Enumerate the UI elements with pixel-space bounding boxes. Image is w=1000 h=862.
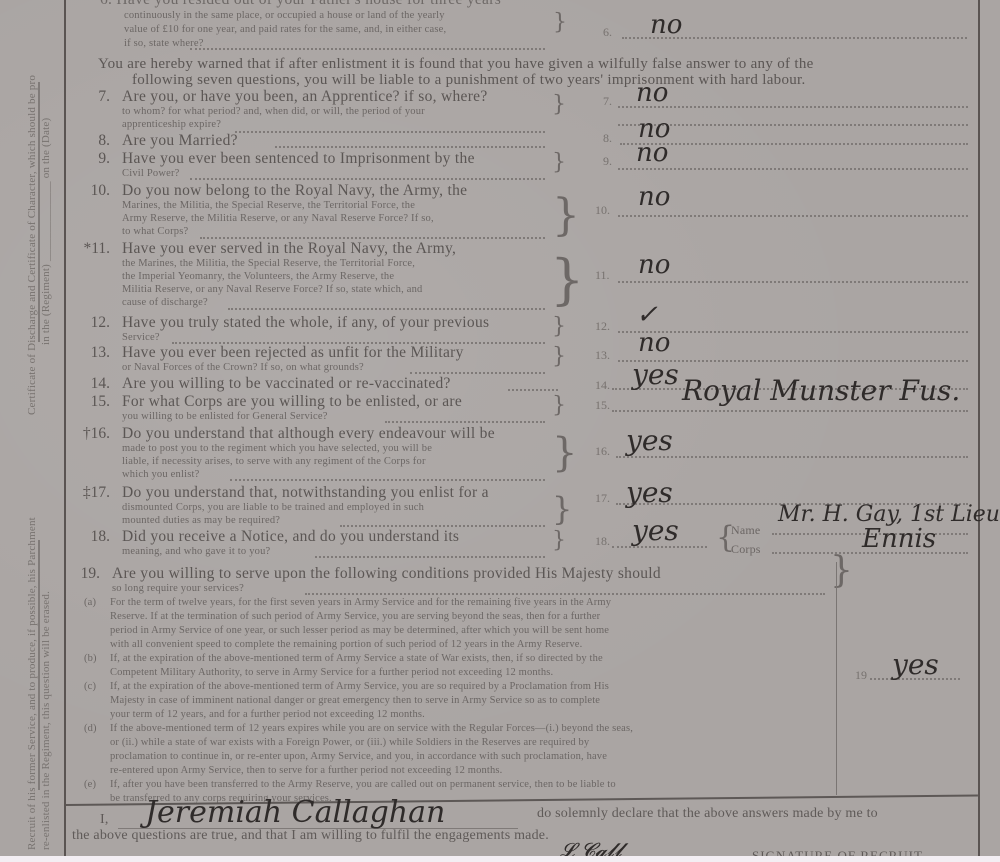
answer-19-number: 19: [855, 668, 867, 683]
answer-7-number: 7.: [603, 94, 612, 109]
question-18-brace: }: [552, 528, 566, 553]
answer-9-handwritten: no: [636, 138, 668, 168]
question-16-brace: }: [552, 430, 577, 476]
answer-9-number: 9.: [603, 154, 612, 169]
question-13-number: 13.: [70, 344, 110, 362]
question-14-number: 14.: [70, 375, 110, 393]
notice-name-label: Name: [731, 523, 760, 538]
notice-corps-handwritten: Ennis: [862, 524, 936, 554]
question-17-brace: }: [552, 490, 572, 528]
answer-18-number: 18.: [595, 534, 610, 549]
condition-c-line: your term of 12 years, and for a further…: [110, 709, 425, 720]
question-18-leader: [315, 556, 545, 558]
margin-note-lower-line2: re-enlisted in the Regiment, this questi…: [40, 591, 52, 850]
warning-line-1: You are hereby warned that if after enli…: [98, 56, 814, 73]
question-15-text: For what Corps are you willing to be enl…: [122, 393, 462, 411]
margin-divider: [38, 82, 40, 342]
question-19-leader: [305, 593, 825, 595]
question-7-text: Are you, or have you been, an Apprentice…: [122, 88, 488, 106]
question-11-leader: [228, 308, 545, 310]
question-6-partial-top: 6. Have you resided out of your Father's…: [100, 0, 501, 9]
question-18-text: Did you receive a Notice, and do you und…: [122, 528, 459, 546]
answer-16-handwritten: yes: [626, 424, 673, 457]
answer-6-handwritten: no: [650, 10, 682, 40]
question-15-leader: [385, 421, 545, 423]
question-18-sub: meaning, and who gave it to you?: [122, 546, 270, 557]
question-9-number: 9.: [70, 150, 110, 168]
question-8-text: Are you Married?: [122, 132, 238, 150]
answer-13-number: 13.: [595, 348, 610, 363]
question-8-leader: [275, 146, 545, 148]
question-7-sub: apprenticeship expire?: [122, 119, 221, 130]
question-9-sub: Civil Power?: [122, 168, 180, 179]
question-9-leader: [190, 178, 545, 180]
condition-e-line: If, after you have been transferred to t…: [110, 779, 616, 790]
question-8-number: 8.: [70, 132, 110, 150]
question-10-sub: to what Corps?: [122, 226, 188, 237]
condition-d-line: or (ii.) while a state of war exists wit…: [110, 737, 589, 748]
question-10-brace: }: [552, 190, 580, 241]
answer-12-handwritten-check: ✓: [636, 300, 658, 330]
condition-a-line: period in Army Service of one year, or s…: [110, 625, 609, 636]
question-12-number: 12.: [70, 314, 110, 332]
condition-a-line: Reserve. If at the termination of such p…: [110, 611, 600, 622]
declaration-text-line-1: do solemnly declare that the above answe…: [537, 806, 878, 822]
question-6-leader: [190, 48, 545, 50]
answer-15-number: 15.: [595, 398, 610, 413]
answer-7-handwritten: no: [636, 78, 668, 108]
answer-8-line: [620, 143, 968, 145]
condition-c-line: If, at the expiration of the above-menti…: [110, 681, 609, 692]
question-13-sub: or Naval Forces of the Crown? If so, on …: [122, 362, 364, 373]
answer-13-handwritten: no: [638, 328, 670, 358]
question-19-box-left: [836, 562, 837, 795]
question-6-brace: }: [553, 10, 567, 35]
answer-15-line: [612, 410, 968, 412]
scan-bottom-edge: [0, 856, 1000, 862]
condition-b-line: Competent Military Authority, to serve i…: [110, 667, 553, 678]
answer-7-line-2: [618, 124, 968, 126]
answer-14-number: 14.: [595, 378, 610, 393]
question-17-leader: [340, 525, 545, 527]
question-11-sub: Militia Reserve, or any Naval Reserve Fo…: [122, 284, 423, 295]
condition-c-label: (c): [84, 681, 96, 692]
question-7-leader: [235, 131, 545, 133]
question-10-leader: [200, 237, 545, 239]
condition-a-label: (a): [84, 597, 96, 608]
question-16-sub: liable, if necessity arises, to serve wi…: [122, 456, 426, 467]
question-7-sub: to whom? for what period? and, when did,…: [122, 106, 425, 117]
question-19-sub: so long require your services?: [112, 583, 244, 594]
answer-17-handwritten: yes: [626, 476, 673, 509]
answer-12-line: [618, 331, 968, 333]
question-13-brace: }: [552, 344, 566, 369]
recruit-signature-name: Jeremiah Callaghan: [145, 795, 445, 830]
question-10-text: Do you now belong to the Royal Navy, the…: [122, 182, 467, 200]
condition-d-line: re-entered upon Army Service, then to se…: [110, 765, 502, 776]
condition-e-label: (e): [84, 779, 96, 790]
answer-11-number: 11.: [595, 268, 610, 283]
answer-7-line: [618, 106, 968, 108]
question-19-number: 19.: [60, 565, 100, 583]
question-11-number: *11.: [70, 240, 110, 258]
answer-17-number: 17.: [595, 491, 610, 506]
question-18-number: 18.: [70, 528, 110, 546]
question-12-text: Have you truly stated the whole, if any,…: [122, 314, 489, 332]
answer-9-line: [618, 168, 968, 170]
answer-14-handwritten: yes: [632, 358, 679, 391]
question-6-line: value of £10 for one year, and paid rate…: [124, 24, 446, 35]
answer-11-line: [618, 281, 968, 283]
notice-corps-label: Corps: [731, 542, 761, 557]
question-19-brace: }: [830, 550, 853, 591]
question-6-line: continuously in the same place, or occup…: [124, 10, 445, 21]
left-border-rule: [64, 0, 66, 856]
margin-note-upper: Certificate of Discharge and Certificate…: [26, 75, 38, 415]
answer-10-number: 10.: [595, 203, 610, 218]
question-9-brace: }: [552, 150, 566, 175]
answer-10-line: [618, 215, 968, 217]
question-9-text: Have you ever been sentenced to Imprison…: [122, 150, 475, 168]
answer-10-handwritten: no: [638, 182, 670, 212]
answer-19-handwritten: yes: [892, 648, 939, 681]
margin-divider-lower: [38, 540, 40, 790]
condition-b-line: If, at the expiration of the above-menti…: [110, 653, 603, 664]
condition-d-line: If the above-mentioned term of 12 years …: [110, 723, 633, 734]
question-13-leader: [410, 372, 545, 374]
margin-note-upper-line2: in the (Regiment) ______________ on the …: [40, 118, 52, 345]
question-11-text: Have you ever served in the Royal Navy, …: [122, 240, 456, 258]
condition-b-label: (b): [84, 653, 97, 664]
condition-c-line: Majesty in case of imminent national dan…: [110, 695, 600, 706]
question-15-number: 15.: [70, 393, 110, 411]
question-16-sub: made to post you to the regiment which y…: [122, 443, 432, 454]
condition-a-line: For the term of twelve years, for the fi…: [110, 597, 611, 608]
question-16-leader: [230, 479, 545, 481]
question-10-number: 10.: [70, 182, 110, 200]
right-border-rule: [978, 0, 980, 856]
declaration-i-label: I,: [100, 812, 109, 828]
answer-12-number: 12.: [595, 319, 610, 334]
answer-11-handwritten: no: [638, 250, 670, 280]
answer-8-number: 8.: [603, 131, 612, 146]
question-7-brace: }: [552, 92, 566, 117]
answer-18-handwritten: yes: [632, 514, 679, 547]
answer-6-number: 6.: [603, 25, 612, 40]
question-16-text: Do you understand that although every en…: [122, 425, 495, 443]
condition-d-label: (d): [84, 723, 97, 734]
question-14-text: Are you willing to be vaccinated or re-v…: [122, 375, 451, 393]
question-17-text: Do you understand that, notwithstanding …: [122, 484, 489, 502]
question-11-sub: the Marines, the Militia, the Special Re…: [122, 258, 415, 269]
question-12-sub: Service?: [122, 332, 160, 343]
answer-15-handwritten-corps: Royal Munster Fus.: [682, 374, 960, 407]
answer-16-number: 16.: [595, 444, 610, 459]
condition-d-line: proclamation to continue in, or re-enter…: [110, 751, 607, 762]
condition-a-line: with all convenient speed to complete th…: [110, 639, 582, 650]
question-14-leader: [508, 389, 558, 391]
question-12-brace: }: [552, 314, 566, 339]
question-11-sub: the Imperial Yeomanry, the Volunteers, t…: [122, 271, 394, 282]
question-13-text: Have you ever been rejected as unfit for…: [122, 344, 464, 362]
question-11-sub: cause of discharge?: [122, 297, 208, 308]
margin-note-lower: Recruit of his former Service, and to pr…: [26, 517, 38, 850]
question-15-sub: you willing to be enlisted for General S…: [122, 411, 328, 422]
question-7-number: 7.: [70, 88, 110, 106]
question-19-text: Are you willing to serve upon the follow…: [112, 565, 661, 583]
attestation-document-page: Certificate of Discharge and Certificate…: [0, 0, 1000, 862]
question-10-sub: Army Reserve, the Militia Reserve, or an…: [122, 213, 434, 224]
question-10-sub: Marines, the Militia, the Special Reserv…: [122, 200, 415, 211]
question-16-sub: which you enlist?: [122, 469, 199, 480]
question-11-brace: }: [550, 248, 584, 311]
declaration-text-line-2: the above questions are true, and that I…: [72, 828, 549, 844]
question-17-number: ‡17.: [70, 484, 110, 502]
question-15-brace: }: [552, 393, 566, 418]
question-17-sub: dismounted Corps, you are liable to be t…: [122, 502, 424, 513]
warning-line-2: following seven questions, you will be l…: [132, 72, 806, 89]
question-16-number: †16.: [70, 425, 110, 443]
question-17-sub: mounted duties as may be required?: [122, 515, 280, 526]
